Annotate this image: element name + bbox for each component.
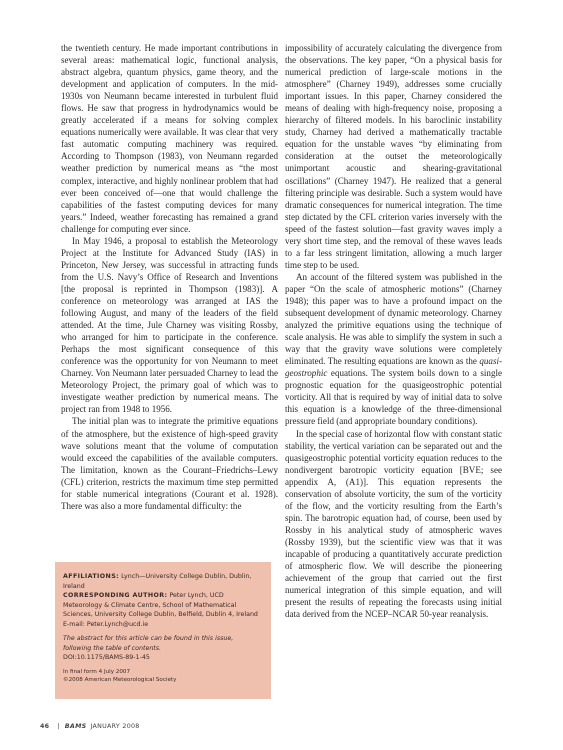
page-number: 46 <box>40 723 49 730</box>
text-run: An account of the filtered system was pu… <box>285 272 502 366</box>
corresponding-label: CORRESPONDING AUTHOR: <box>63 592 167 599</box>
divider: | <box>57 723 59 730</box>
page-footer: 46|BAMSJANUARY 2008 <box>40 723 140 730</box>
paragraph: impossibility of accurately calculating … <box>285 42 502 271</box>
affiliations-box: AFFILIATIONS: Lynch—University College D… <box>55 562 271 699</box>
final-form-date: In final form 4 July 2007 <box>63 668 263 676</box>
copyright: ©2008 American Meteorological Society <box>63 676 263 684</box>
paragraph: the twentieth century. He made important… <box>61 42 278 235</box>
left-column: the twentieth century. He made important… <box>61 42 278 512</box>
doi[interactable]: DOI:10.1175/BAMS-89-1-45 <box>63 653 263 663</box>
issue-date: JANUARY 2008 <box>90 723 139 730</box>
paragraph: In the special case of horizontal flow w… <box>285 428 502 621</box>
journal-logo: BAMS <box>65 723 87 730</box>
corresponding-author: CORRESPONDING AUTHOR: Peter Lynch, UCD M… <box>63 591 263 620</box>
paragraph: In May 1946, a proposal to establish the… <box>61 235 278 416</box>
abstract-note: The abstract for this article can be fou… <box>63 634 263 653</box>
paragraph: The initial plan was to integrate the pr… <box>61 415 278 511</box>
email[interactable]: E-mail: Peter.Lynch@ucd.ie <box>63 620 263 630</box>
affiliations-label: AFFILIATIONS: <box>63 573 119 580</box>
affiliations: AFFILIATIONS: Lynch—University College D… <box>63 572 263 591</box>
right-column: impossibility of accurately calculating … <box>285 42 502 620</box>
paragraph: An account of the filtered system was pu… <box>285 271 502 428</box>
